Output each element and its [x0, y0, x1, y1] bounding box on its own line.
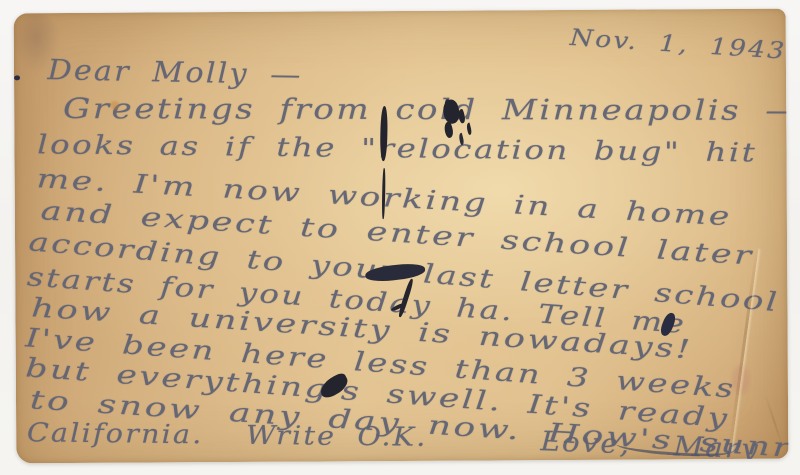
date-line: Nov. 1, 1943 [569, 25, 787, 65]
ink-smudge [14, 13, 60, 75]
ink-blot-exclamation-dot [14, 75, 20, 80]
paper-stain-dot [110, 101, 119, 110]
salutation-line: Dear Molly — [47, 53, 303, 91]
letter-line: Greetings from cold Minneapolis — [63, 92, 788, 127]
scanned-postcard-photo: Nov. 1, 1943 Dear Molly — Greetings from… [0, 0, 800, 475]
letter-line: California. Write O.K. [27, 418, 428, 453]
postcard: Nov. 1, 1943 Dear Molly — Greetings from… [14, 9, 789, 464]
letter-line: looks as if the "relocation bug" hit [37, 130, 757, 168]
paper-crease [728, 249, 758, 453]
